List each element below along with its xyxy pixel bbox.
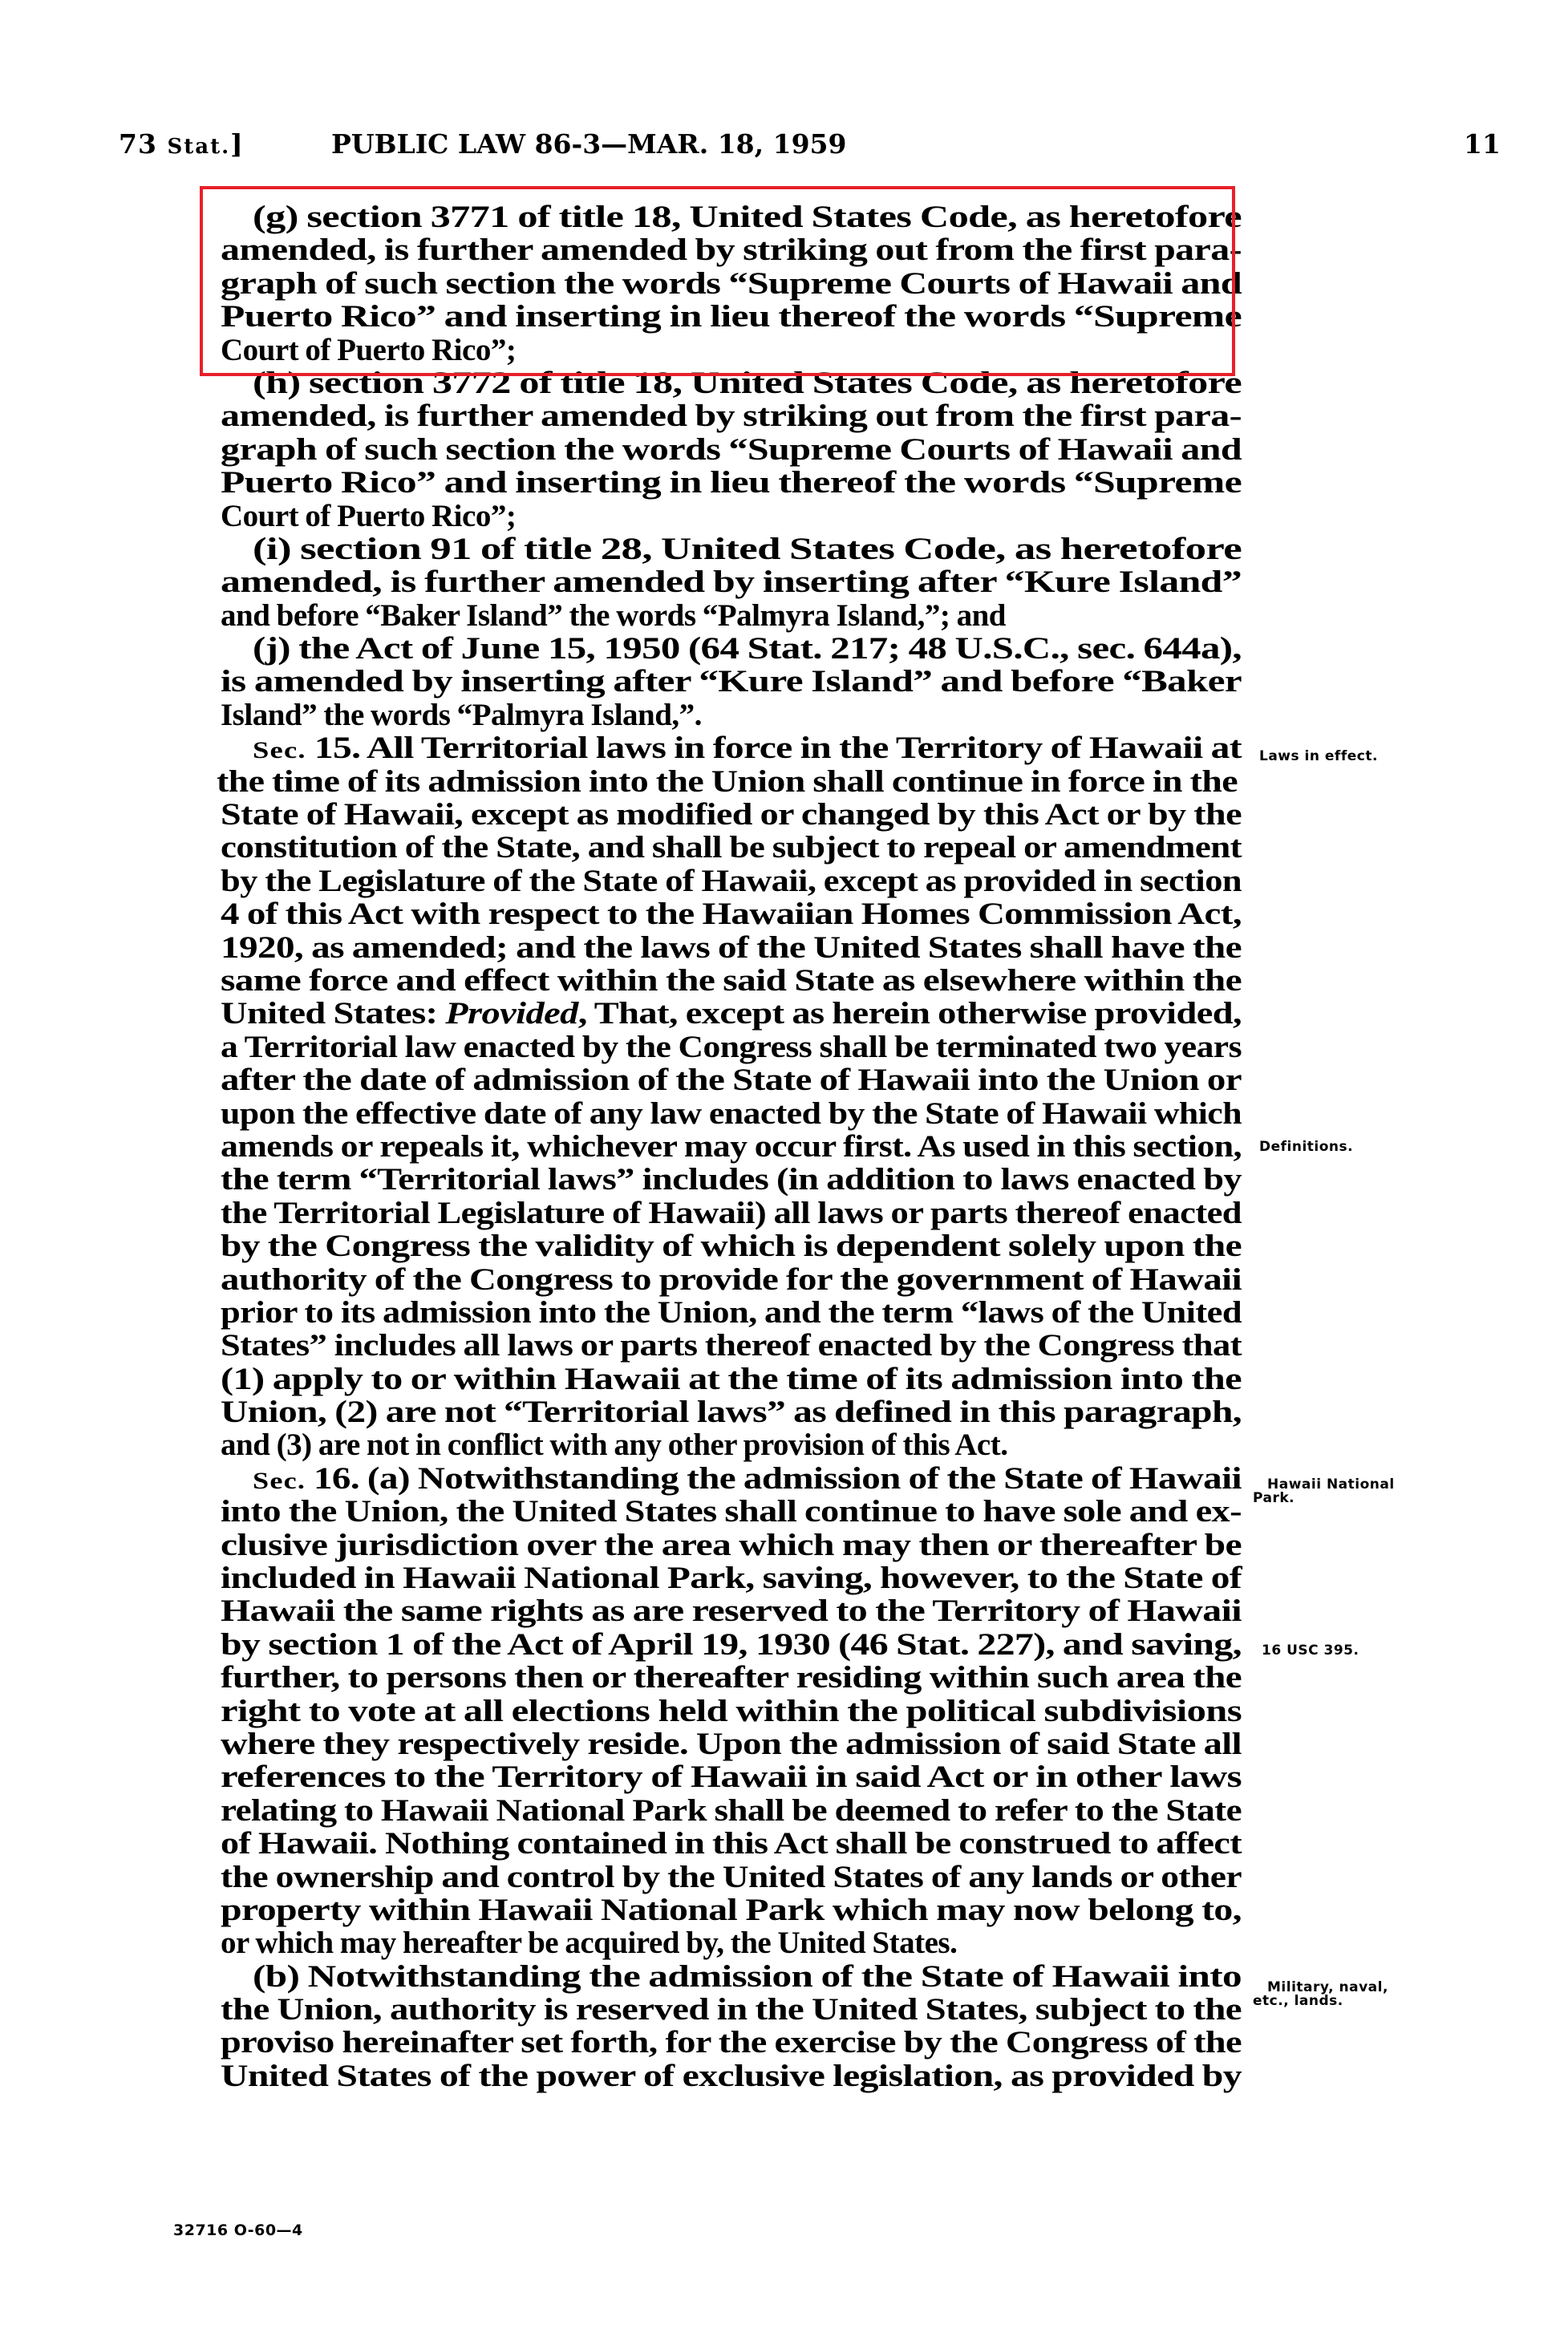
text-line: (g) section 3771 of title 18, United Sta… bbox=[221, 200, 1242, 233]
text-span: the Territorial Legislature of Hawaii) a… bbox=[221, 1196, 1242, 1230]
text-span: constitution of the State, and shall be … bbox=[221, 830, 1242, 865]
text-span: and (3) are not in conflict with any oth… bbox=[221, 1428, 1007, 1462]
running-head: 73 Stat.] PUBLIC LAW 86-3—MAR. 18, 1959 … bbox=[0, 128, 1568, 168]
text-line: (1) apply to or within Hawaii at the tim… bbox=[221, 1363, 1242, 1395]
text-line: graph of such section the words “Supreme… bbox=[221, 267, 1242, 300]
text-span: 4 of this Act with respect to the Hawaii… bbox=[221, 897, 1242, 931]
margin-note-text: Laws in effect. bbox=[1259, 748, 1378, 764]
text-span: , That, except as herein otherwise provi… bbox=[578, 996, 1242, 1031]
text-span: graph of such section the words “Supreme… bbox=[221, 266, 1242, 301]
text-line: by section 1 of the Act of April 19, 193… bbox=[221, 1628, 1242, 1661]
text-line: the time of its admission into the Union… bbox=[217, 765, 1242, 798]
text-span: clusive jurisdiction over the area which… bbox=[221, 1528, 1242, 1562]
text-span: (j) the Act of June 15, 1950 (64 Stat. 2… bbox=[253, 631, 1242, 666]
text-line: Puerto Rico” and inserting in lieu there… bbox=[221, 466, 1242, 499]
text-span: a Territorial law enacted by the Congres… bbox=[221, 1030, 1242, 1064]
text-line: is amended by inserting after “Kure Isla… bbox=[221, 665, 1242, 698]
text-span: (h) section 3772 of title 18, United Sta… bbox=[253, 366, 1242, 400]
margin-note-text: Park. bbox=[1253, 1492, 1395, 1505]
text-span: upon the effective date of any law enact… bbox=[221, 1096, 1242, 1131]
text-line: Puerto Rico” and inserting in lieu there… bbox=[221, 300, 1242, 333]
text-line: amended, is further amended by striking … bbox=[221, 399, 1242, 432]
text-line: (j) the Act of June 15, 1950 (64 Stat. 2… bbox=[221, 632, 1242, 665]
text-line: amended, is further amended by striking … bbox=[221, 233, 1242, 266]
text-line: right to vote at all elections held with… bbox=[221, 1695, 1242, 1728]
text-span: Puerto Rico” and inserting in lieu there… bbox=[221, 465, 1242, 500]
text-span: Island” the words “Palmyra Island,”. bbox=[221, 698, 702, 732]
text-line: and before “Baker Island” the words “Pal… bbox=[221, 599, 1242, 632]
text-span: (b) Notwithstanding the admission of the… bbox=[253, 1959, 1242, 1994]
text-span: the ownership and control by the United … bbox=[221, 1860, 1242, 1894]
text-line: 4 of this Act with respect to the Hawaii… bbox=[221, 897, 1242, 930]
text-span: Union, (2) are not “Territorial laws” as… bbox=[221, 1395, 1242, 1429]
margin-note-text: etc., lands. bbox=[1253, 1995, 1388, 2008]
text-span: 15. All Territorial laws in force in the… bbox=[306, 731, 1242, 765]
text-line: Sec. 16. (a) Notwithstanding the admissi… bbox=[221, 1462, 1242, 1495]
text-span: after the date of admission of the State… bbox=[221, 1063, 1242, 1097]
text-line: proviso hereinafter set forth, for the e… bbox=[221, 2026, 1242, 2059]
text-span: right to vote at all elections held with… bbox=[221, 1694, 1242, 1728]
text-line: Island” the words “Palmyra Island,”. bbox=[221, 699, 1242, 731]
volume-citation: 73 Stat.] bbox=[119, 128, 244, 160]
text-span: and before “Baker Island” the words “Pal… bbox=[221, 598, 1006, 633]
italic-term: Provided bbox=[445, 996, 578, 1031]
text-span: relating to Hawaii National Park shall b… bbox=[221, 1793, 1242, 1828]
text-span: same force and effect within the said St… bbox=[221, 963, 1242, 998]
text-line: into the Union, the United States shall … bbox=[221, 1495, 1242, 1528]
text-line: further, to persons then or thereafter r… bbox=[221, 1661, 1242, 1694]
text-line: (b) Notwithstanding the admission of the… bbox=[221, 1960, 1242, 1993]
text-line: the term “Territorial laws” includes (in… bbox=[221, 1163, 1242, 1196]
volume-abbrev: Stat. bbox=[167, 135, 230, 159]
volume-bracket: ] bbox=[230, 128, 244, 160]
margin-note-hawaii-national-park: Hawaii National Park. bbox=[1253, 1478, 1395, 1505]
text-line: references to the Territory of Hawaii in… bbox=[221, 1760, 1242, 1793]
text-span: where they respectively reside. Upon the… bbox=[221, 1727, 1242, 1761]
print-code: 32716 O-60—4 bbox=[173, 2222, 303, 2239]
text-line: upon the effective date of any law enact… bbox=[221, 1097, 1242, 1130]
text-line: the ownership and control by the United … bbox=[221, 1861, 1242, 1894]
text-span: of Hawaii. Nothing contained in this Act… bbox=[221, 1826, 1242, 1861]
text-line: the Territorial Legislature of Hawaii) a… bbox=[221, 1197, 1242, 1229]
text-line: Court of Puerto Rico”; bbox=[221, 334, 1242, 367]
text-span: United States: bbox=[221, 996, 445, 1031]
text-line: same force and effect within the said St… bbox=[221, 964, 1242, 997]
text-span: State of Hawaii, except as modified or c… bbox=[221, 797, 1242, 832]
text-span: the term “Territorial laws” includes (in… bbox=[221, 1162, 1242, 1197]
text-line: Sec. 15. All Territorial laws in force i… bbox=[221, 731, 1242, 764]
text-span: United States of the power of exclusive … bbox=[221, 2059, 1242, 2093]
text-span: 16. (a) Notwithstanding the admission of… bbox=[306, 1461, 1242, 1496]
text-line: or which may hereafter be acquired by, t… bbox=[221, 1926, 1242, 1959]
text-span: the time of its admission into the Union… bbox=[217, 764, 1238, 799]
margin-note-text: 16 USC 395. bbox=[1262, 1642, 1359, 1659]
statute-text-column: (g) section 3771 of title 18, United Sta… bbox=[221, 200, 1242, 2092]
text-line: Union, (2) are not “Territorial laws” as… bbox=[221, 1395, 1242, 1428]
text-line: (i) section 91 of title 28, United State… bbox=[221, 533, 1242, 565]
text-line: State of Hawaii, except as modified or c… bbox=[221, 798, 1242, 831]
text-line: 1920, as amended; and the laws of the Un… bbox=[221, 931, 1242, 964]
text-span: amended, is further amended by inserting… bbox=[221, 565, 1242, 599]
text-span: further, to persons then or thereafter r… bbox=[221, 1660, 1242, 1695]
text-span: States” includes all laws or parts there… bbox=[221, 1328, 1242, 1363]
text-span: the Union, authority is reserved in the … bbox=[221, 1992, 1242, 2027]
text-line: the Union, authority is reserved in the … bbox=[221, 1993, 1242, 2026]
text-line: property within Hawaii National Park whi… bbox=[221, 1894, 1242, 1926]
text-line: (h) section 3772 of title 18, United Sta… bbox=[221, 367, 1242, 399]
text-span: (i) section 91 of title 28, United State… bbox=[253, 532, 1242, 566]
text-line: of Hawaii. Nothing contained in this Act… bbox=[221, 1827, 1242, 1860]
text-line: authority of the Congress to provide for… bbox=[221, 1263, 1242, 1296]
text-span: references to the Territory of Hawaii in… bbox=[221, 1760, 1242, 1794]
text-line: graph of such section the words “Supreme… bbox=[221, 433, 1242, 466]
text-line: included in Hawaii National Park, saving… bbox=[221, 1561, 1242, 1594]
margin-note-laws-in-effect: Laws in effect. bbox=[1259, 750, 1378, 764]
text-span: by section 1 of the Act of April 19, 193… bbox=[221, 1627, 1242, 1662]
text-span: property within Hawaii National Park whi… bbox=[221, 1893, 1242, 1927]
text-span: Court of Puerto Rico”; bbox=[221, 499, 516, 533]
margin-note-military-naval-lands: Military, naval, etc., lands. bbox=[1253, 1981, 1388, 2008]
text-span: 1920, as amended; and the laws of the Un… bbox=[221, 930, 1242, 965]
text-line: Hawaii the same rights as are reserved t… bbox=[221, 1594, 1242, 1627]
text-span: authority of the Congress to provide for… bbox=[221, 1262, 1242, 1297]
text-span: graph of such section the words “Supreme… bbox=[221, 432, 1242, 467]
text-line: States” includes all laws or parts there… bbox=[221, 1329, 1242, 1362]
margin-note-text: Definitions. bbox=[1259, 1139, 1353, 1155]
text-span: Hawaii the same rights as are reserved t… bbox=[221, 1594, 1242, 1628]
text-line: prior to its admission into the Union, a… bbox=[221, 1296, 1242, 1329]
text-line: by the Congress the validity of which is… bbox=[221, 1229, 1242, 1262]
text-line: by the Legislature of the State of Hawai… bbox=[221, 865, 1242, 897]
text-line: relating to Hawaii National Park shall b… bbox=[221, 1794, 1242, 1827]
text-line: a Territorial law enacted by the Congres… bbox=[221, 1031, 1242, 1063]
text-span: included in Hawaii National Park, saving… bbox=[221, 1561, 1242, 1595]
text-line: after the date of admission of the State… bbox=[221, 1063, 1242, 1096]
text-span: is amended by inserting after “Kure Isla… bbox=[221, 664, 1242, 699]
text-line: where they respectively reside. Upon the… bbox=[221, 1728, 1242, 1760]
text-span: or which may hereafter be acquired by, t… bbox=[221, 1926, 957, 1960]
text-span: Puerto Rico” and inserting in lieu there… bbox=[221, 299, 1242, 334]
text-span: amends or repeals it, whichever may occu… bbox=[221, 1129, 1242, 1164]
text-span: Court of Puerto Rico”; bbox=[221, 333, 516, 367]
text-span: amended, is further amended by striking … bbox=[221, 233, 1242, 267]
text-span: by the Congress the validity of which is… bbox=[221, 1229, 1242, 1263]
text-line: amends or repeals it, whichever may occu… bbox=[221, 1130, 1242, 1163]
text-span: (g) section 3771 of title 18, United Sta… bbox=[253, 200, 1242, 234]
text-line: United States of the power of exclusive … bbox=[221, 2060, 1242, 2092]
text-span: into the Union, the United States shall … bbox=[221, 1494, 1242, 1529]
margin-note-usc-reference: 16 USC 395. bbox=[1262, 1644, 1359, 1658]
page-number: 11 bbox=[1464, 128, 1501, 160]
text-line: amended, is further amended by inserting… bbox=[221, 565, 1242, 598]
text-span: proviso hereinafter set forth, for the e… bbox=[221, 2025, 1242, 2060]
volume-number: 73 bbox=[119, 128, 157, 160]
text-line: Court of Puerto Rico”; bbox=[221, 500, 1242, 533]
text-line: and (3) are not in conflict with any oth… bbox=[221, 1428, 1242, 1461]
margin-note-definitions: Definitions. bbox=[1259, 1140, 1353, 1154]
page-title: PUBLIC LAW 86-3—MAR. 18, 1959 bbox=[331, 128, 846, 160]
text-line: constitution of the State, and shall be … bbox=[221, 831, 1242, 864]
text-span: by the Legislature of the State of Hawai… bbox=[221, 864, 1242, 898]
section-label: Sec. bbox=[253, 737, 306, 764]
text-line: clusive jurisdiction over the area which… bbox=[221, 1529, 1242, 1561]
text-span: amended, is further amended by striking … bbox=[221, 399, 1242, 433]
text-line: United States: Provided, That, except as… bbox=[221, 997, 1242, 1030]
text-span: (1) apply to or within Hawaii at the tim… bbox=[221, 1362, 1242, 1396]
text-span: prior to its admission into the Union, a… bbox=[221, 1295, 1242, 1330]
section-label: Sec. bbox=[253, 1468, 306, 1494]
